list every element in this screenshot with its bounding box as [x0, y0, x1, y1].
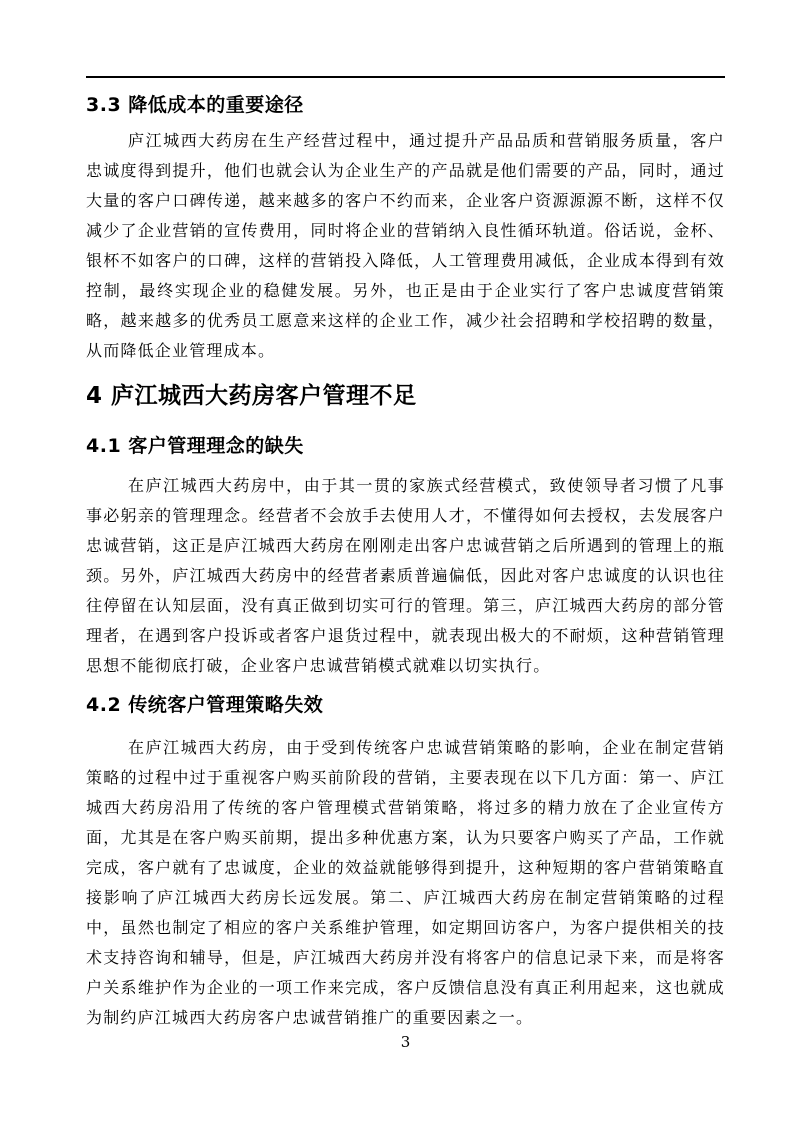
document-page: 3.3 降低成本的重要途径 庐江城西大药房在生产经营过程中，通过提升产品品质和营… — [0, 0, 793, 1122]
section-heading-3-3: 3.3 降低成本的重要途径 — [86, 92, 725, 118]
document-content: 3.3 降低成本的重要途径 庐江城西大药房在生产经营过程中，通过提升产品品质和营… — [86, 0, 725, 1033]
section-heading-4-1: 4.1 客户管理理念的缺失 — [86, 433, 725, 459]
paragraph-4-2: 在庐江城西大药房，由于受到传统客户忠诚营销策略的影响，企业在制定营销策略的过程中… — [86, 733, 725, 1033]
chapter-heading-4: 4 庐江城西大药房客户管理不足 — [86, 380, 725, 412]
paragraph-3-3: 庐江城西大药房在生产经营过程中，通过提升产品品质和营销服务质量，客户忠诚度得到提… — [86, 126, 725, 366]
page-number: 3 — [86, 1031, 725, 1053]
header-divider — [86, 76, 725, 78]
paragraph-4-1: 在庐江城西大药房中，由于其一贯的家族式经营模式，致使领导者习惯了凡事事必躬亲的管… — [86, 471, 725, 681]
section-heading-4-2: 4.2 传统客户管理策略失效 — [86, 692, 725, 718]
